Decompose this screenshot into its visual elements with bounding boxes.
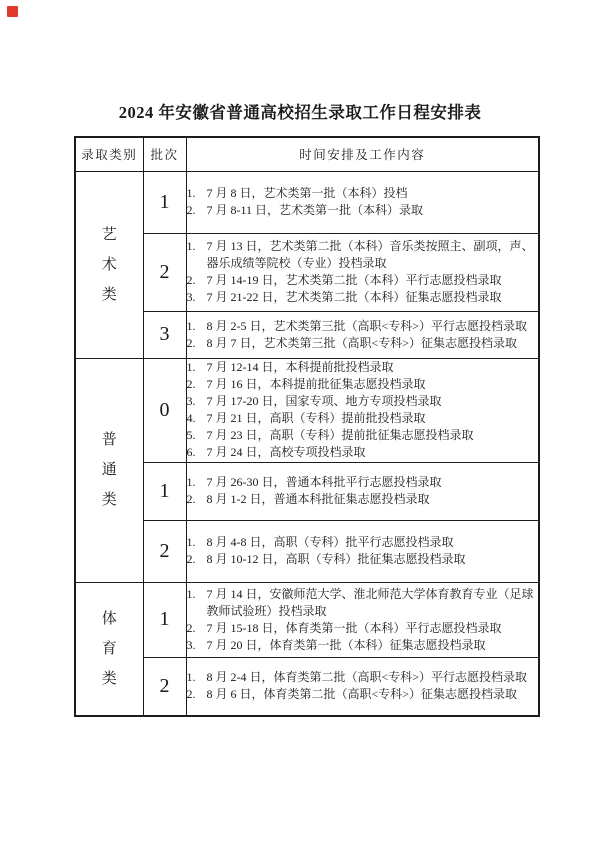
- item-number: 1.: [187, 669, 207, 686]
- item-text: 7 月 21-22 日，艺术类第二批（本科）征集志愿投档录取: [207, 289, 539, 306]
- schedule-item: 5.7 月 23 日，高职（专科）提前批征集志愿投档录取: [187, 427, 539, 444]
- schedule-item: 4.7 月 21 日，高职（专科）提前批投档录取: [187, 410, 539, 427]
- item-text: 7 月 14-19 日，艺术类第二批（本科）平行志愿投档录取: [207, 272, 539, 289]
- content-cell: 1.8 月 2-4 日，体育类第二批（高职<专科>）平行志愿投档录取2.8 月 …: [186, 657, 539, 716]
- schedule-item: 2.8 月 1-2 日，普通本科批征集志愿投档录取: [187, 491, 539, 508]
- item-text: 7 月 13 日，艺术类第二批（本科）音乐类按照主、副项，声、器乐成绩等院校（专…: [207, 238, 539, 272]
- batch-number-cell: 3: [143, 311, 186, 358]
- category-char: 术: [76, 250, 143, 280]
- item-number: 2.: [187, 620, 207, 637]
- schedule-item: 1.7 月 13 日，艺术类第二批（本科）音乐类按照主、副项，声、器乐成绩等院校…: [187, 238, 539, 272]
- schedule-item: 1.7 月 14 日，安徽师范大学、淮北师范大学体育教育专业（足球教师试验班）投…: [187, 586, 539, 620]
- col-header-category: 录取类别: [75, 137, 143, 171]
- content-cell: 1.7 月 8 日，艺术类第一批（本科）投档2.7 月 8-11 日，艺术类第一…: [186, 171, 539, 233]
- content-cell: 1.7 月 14 日，安徽师范大学、淮北师范大学体育教育专业（足球教师试验班）投…: [186, 582, 539, 657]
- category-char: 普: [76, 425, 143, 455]
- item-text: 8 月 7 日，艺术类第三批（高职<专科>）征集志愿投档录取: [207, 335, 539, 352]
- item-number: 1.: [187, 534, 207, 551]
- schedule-item: 1.8 月 2-5 日，艺术类第三批（高职<专科>）平行志愿投档录取: [187, 318, 539, 335]
- item-number: 2.: [187, 202, 207, 219]
- schedule-item: 2.7 月 16 日，本科提前批征集志愿投档录取: [187, 376, 539, 393]
- item-text: 7 月 16 日，本科提前批征集志愿投档录取: [207, 376, 539, 393]
- content-cell: 1.7 月 26-30 日，普通本科批平行志愿投档录取2.8 月 1-2 日，普…: [186, 462, 539, 520]
- item-number: 4.: [187, 410, 207, 427]
- schedule-row: 艺术类11.7 月 8 日，艺术类第一批（本科）投档2.7 月 8-11 日，艺…: [75, 171, 539, 233]
- item-number: 2.: [187, 335, 207, 352]
- schedule-item: 1.7 月 26-30 日，普通本科批平行志愿投档录取: [187, 474, 539, 491]
- item-number: 1.: [187, 359, 207, 376]
- schedule-row: 31.8 月 2-5 日，艺术类第三批（高职<专科>）平行志愿投档录取2.8 月…: [75, 311, 539, 358]
- category-cell: 艺术类: [75, 171, 143, 358]
- schedule-item: 3.7 月 20 日，体育类第一批（本科）征集志愿投档录取: [187, 637, 539, 654]
- category-char: 类: [76, 485, 143, 515]
- item-number: 2.: [187, 491, 207, 508]
- item-number: 3.: [187, 637, 207, 654]
- schedule-table: 录取类别 批次 时间安排及工作内容 艺术类11.7 月 8 日，艺术类第一批（本…: [74, 136, 540, 717]
- item-text: 8 月 2-5 日，艺术类第三批（高职<专科>）平行志愿投档录取: [207, 318, 539, 335]
- schedule-item: 2.8 月 6 日，体育类第二批（高职<专科>）征集志愿投档录取: [187, 686, 539, 703]
- schedule-item: 6.7 月 24 日，高校专项投档录取: [187, 444, 539, 461]
- batch-number-cell: 0: [143, 358, 186, 462]
- batch-number-cell: 2: [143, 657, 186, 716]
- item-text: 7 月 23 日，高职（专科）提前批征集志愿投档录取: [207, 427, 539, 444]
- item-text: 7 月 21 日，高职（专科）提前批投档录取: [207, 410, 539, 427]
- item-text: 7 月 26-30 日，普通本科批平行志愿投档录取: [207, 474, 539, 491]
- schedule-item: 3.7 月 21-22 日，艺术类第二批（本科）征集志愿投档录取: [187, 289, 539, 306]
- schedule-item: 1.7 月 12-14 日，本科提前批投档录取: [187, 359, 539, 376]
- category-char: 通: [76, 455, 143, 485]
- item-number: 2.: [187, 551, 207, 568]
- item-number: 1.: [187, 586, 207, 603]
- schedule-table-body: 艺术类11.7 月 8 日，艺术类第一批（本科）投档2.7 月 8-11 日，艺…: [75, 171, 539, 716]
- item-text: 7 月 20 日，体育类第一批（本科）征集志愿投档录取: [207, 637, 539, 654]
- content-cell: 1.8 月 4-8 日，高职（专科）批平行志愿投档录取2.8 月 10-12 日…: [186, 520, 539, 582]
- schedule-row: 21.8 月 2-4 日，体育类第二批（高职<专科>）平行志愿投档录取2.8 月…: [75, 657, 539, 716]
- item-text: 7 月 8 日，艺术类第一批（本科）投档: [207, 185, 539, 202]
- red-stamp-icon: [7, 6, 18, 17]
- schedule-item: 2.7 月 14-19 日，艺术类第二批（本科）平行志愿投档录取: [187, 272, 539, 289]
- item-text: 7 月 8-11 日，艺术类第一批（本科）录取: [207, 202, 539, 219]
- category-cell: 普通类: [75, 358, 143, 582]
- item-text: 7 月 15-18 日，体育类第一批（本科）平行志愿投档录取: [207, 620, 539, 637]
- item-text: 8 月 2-4 日，体育类第二批（高职<专科>）平行志愿投档录取: [207, 669, 539, 686]
- schedule-item: 2.8 月 10-12 日，高职（专科）批征集志愿投档录取: [187, 551, 539, 568]
- schedule-item: 2.8 月 7 日，艺术类第三批（高职<专科>）征集志愿投档录取: [187, 335, 539, 352]
- batch-number-cell: 2: [143, 233, 186, 311]
- item-text: 8 月 1-2 日，普通本科批征集志愿投档录取: [207, 491, 539, 508]
- item-text: 7 月 24 日，高校专项投档录取: [207, 444, 539, 461]
- content-cell: 1.8 月 2-5 日，艺术类第三批（高职<专科>）平行志愿投档录取2.8 月 …: [186, 311, 539, 358]
- category-cell: 体育类: [75, 582, 143, 716]
- batch-number-cell: 2: [143, 520, 186, 582]
- item-number: 6.: [187, 444, 207, 461]
- item-text: 8 月 4-8 日，高职（专科）批平行志愿投档录取: [207, 534, 539, 551]
- schedule-item: 1.7 月 8 日，艺术类第一批（本科）投档: [187, 185, 539, 202]
- item-text: 7 月 17-20 日，国家专项、地方专项投档录取: [207, 393, 539, 410]
- table-header-row: 录取类别 批次 时间安排及工作内容: [75, 137, 539, 171]
- category-char: 类: [76, 280, 143, 310]
- schedule-row: 21.8 月 4-8 日，高职（专科）批平行志愿投档录取2.8 月 10-12 …: [75, 520, 539, 582]
- item-text: 8 月 10-12 日，高职（专科）批征集志愿投档录取: [207, 551, 539, 568]
- item-number: 3.: [187, 289, 207, 306]
- schedule-item: 1.8 月 2-4 日，体育类第二批（高职<专科>）平行志愿投档录取: [187, 669, 539, 686]
- content-cell: 1.7 月 12-14 日，本科提前批投档录取2.7 月 16 日，本科提前批征…: [186, 358, 539, 462]
- category-char: 育: [76, 634, 143, 664]
- col-header-content: 时间安排及工作内容: [186, 137, 539, 171]
- item-number: 5.: [187, 427, 207, 444]
- page-title: 2024 年安徽省普通高校招生录取工作日程安排表: [0, 99, 600, 123]
- item-number: 3.: [187, 393, 207, 410]
- item-number: 1.: [187, 238, 207, 255]
- schedule-row: 体育类11.7 月 14 日，安徽师范大学、淮北师范大学体育教育专业（足球教师试…: [75, 582, 539, 657]
- document-page: { "page": { "title": "2024 年安徽省普通高校招生录取工…: [0, 0, 600, 849]
- item-number: 2.: [187, 272, 207, 289]
- item-number: 1.: [187, 185, 207, 202]
- content-cell: 1.7 月 13 日，艺术类第二批（本科）音乐类按照主、副项，声、器乐成绩等院校…: [186, 233, 539, 311]
- category-char: 体: [76, 604, 143, 634]
- category-char: 艺: [76, 220, 143, 250]
- item-number: 2.: [187, 376, 207, 393]
- schedule-item: 3.7 月 17-20 日，国家专项、地方专项投档录取: [187, 393, 539, 410]
- item-number: 1.: [187, 474, 207, 491]
- item-text: 7 月 14 日，安徽师范大学、淮北师范大学体育教育专业（足球教师试验班）投档录…: [207, 586, 539, 620]
- schedule-row: 21.7 月 13 日，艺术类第二批（本科）音乐类按照主、副项，声、器乐成绩等院…: [75, 233, 539, 311]
- col-header-batch: 批次: [143, 137, 186, 171]
- schedule-item: 2.7 月 15-18 日，体育类第一批（本科）平行志愿投档录取: [187, 620, 539, 637]
- schedule-item: 2.7 月 8-11 日，艺术类第一批（本科）录取: [187, 202, 539, 219]
- batch-number-cell: 1: [143, 582, 186, 657]
- category-char: 类: [76, 664, 143, 694]
- item-text: 8 月 6 日，体育类第二批（高职<专科>）征集志愿投档录取: [207, 686, 539, 703]
- item-number: 1.: [187, 318, 207, 335]
- schedule-item: 1.8 月 4-8 日，高职（专科）批平行志愿投档录取: [187, 534, 539, 551]
- schedule-row: 普通类01.7 月 12-14 日，本科提前批投档录取2.7 月 16 日，本科…: [75, 358, 539, 462]
- item-number: 2.: [187, 686, 207, 703]
- schedule-row: 11.7 月 26-30 日，普通本科批平行志愿投档录取2.8 月 1-2 日，…: [75, 462, 539, 520]
- batch-number-cell: 1: [143, 462, 186, 520]
- batch-number-cell: 1: [143, 171, 186, 233]
- item-text: 7 月 12-14 日，本科提前批投档录取: [207, 359, 539, 376]
